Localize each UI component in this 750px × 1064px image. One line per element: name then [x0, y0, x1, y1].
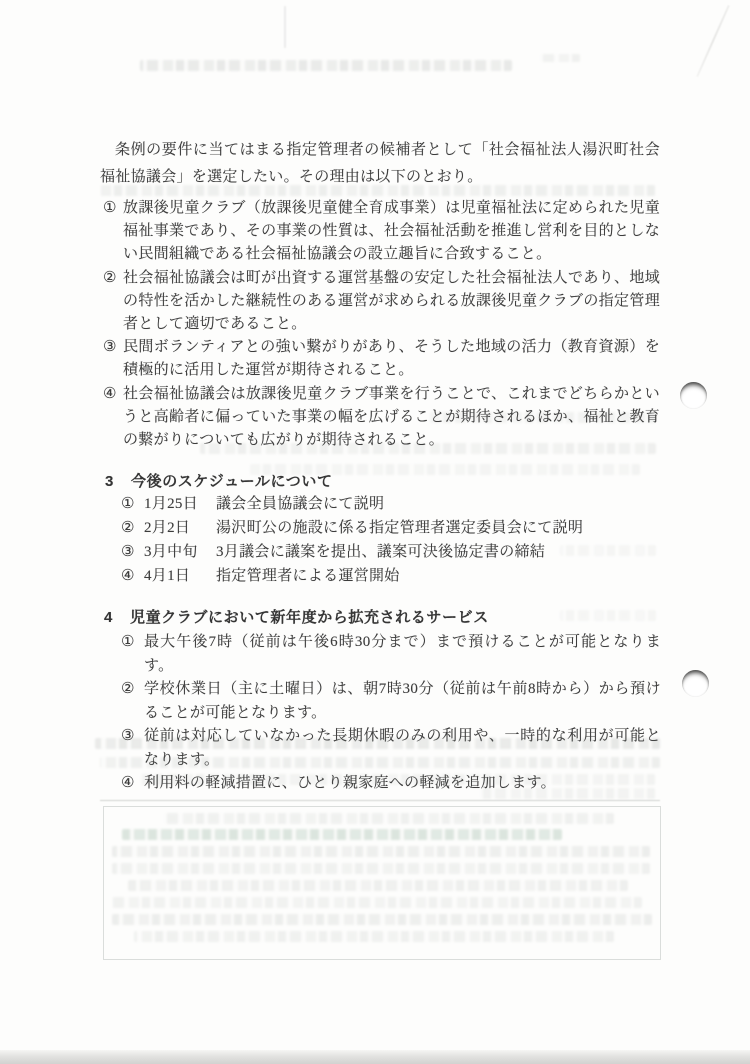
list-item: ③ 3月中旬 3月議会に議案を提出、議案可決後協定書の締結: [121, 540, 661, 564]
section-number: 3: [105, 473, 131, 490]
item-marker: ④: [121, 772, 135, 796]
section-heading-schedule: 3今後のスケジュールについて: [105, 470, 333, 491]
bleedthrough-line: [134, 931, 614, 942]
punch-hole: [680, 382, 707, 409]
schedule-date: 2月2日: [144, 516, 216, 540]
item-marker: ②: [121, 516, 144, 540]
item-text: 湯沢町公の施設に係る指定管理者選定委員会にて説明: [216, 516, 661, 540]
bleedthrough-line: [122, 829, 562, 840]
bleedthrough-line: [95, 738, 660, 749]
item-marker: ④: [103, 383, 117, 406]
list-item: ① 1月25日 議会全員協議会にて説明: [121, 492, 661, 516]
item-marker: ①: [121, 631, 135, 655]
list-item: ④ 4月1日 指定管理者による運営開始: [121, 564, 661, 588]
list-item: ② 社会福祉協議会は町が出資する運営基盤の安定した社会福祉法人であり、地域の特性…: [104, 267, 660, 337]
section-number: 4: [104, 609, 130, 626]
bleedthrough-rule: [100, 800, 660, 801]
list-item: ② 2月2日 湯沢町公の施設に係る指定管理者選定委員会にて説明: [121, 516, 661, 540]
item-marker: ③: [103, 336, 117, 359]
section-heading-services: 4児童クラブにおいて新年度から拡充されるサービス: [104, 606, 489, 627]
scan-edge-shadow: [0, 1050, 750, 1064]
item-text: 社会福祉協議会は町が出資する運営基盤の安定した社会福祉法人であり、地域の特性を活…: [123, 270, 660, 332]
reason-list: ① 放課後児童クラブ（放課後児童健全育成事業）は児童福祉法に定められた児童福祉事…: [104, 197, 660, 452]
schedule-date: 1月25日: [144, 492, 216, 516]
item-text: 指定管理者による運営開始: [216, 564, 661, 588]
bleedthrough-line: [112, 863, 650, 874]
list-item: ④ 社会福祉協議会は放課後児童クラブ事業を行うことで、これまでどちらかというと高…: [104, 383, 660, 453]
section-title: 今後のスケジュールについて: [131, 473, 333, 490]
item-marker: ④: [121, 564, 144, 588]
bleedthrough-line: [140, 774, 655, 785]
scan-crease: [696, 5, 730, 77]
bleedthrough-line: [100, 757, 660, 768]
bleedthrough-line: [112, 846, 650, 857]
item-text: 議会全員協議会にて説明: [216, 492, 661, 516]
item-marker: ①: [121, 492, 144, 516]
schedule-date: 3月中旬: [144, 540, 216, 564]
item-marker: ③: [121, 540, 144, 564]
punch-hole: [682, 670, 709, 697]
item-text: 放課後児童クラブ（放課後児童健全育成事業）は児童福祉法に定められた児童福祉事業で…: [123, 200, 660, 262]
item-marker: ②: [121, 678, 135, 702]
intro-paragraph: 条例の要件に当てはまる指定管理者の候補者として「社会福祉法人湯沢町社会福祉協議会…: [100, 137, 660, 191]
list-item: ② 学校休業日（主に土曜日）は、朝7時30分（従前は午前8時から）から預けること…: [121, 678, 661, 725]
bleedthrough-line: [112, 914, 652, 925]
bleedthrough-box: [103, 806, 661, 960]
item-text: 学校休業日（主に土曜日）は、朝7時30分（従前は午前8時から）から預けることが可…: [144, 681, 661, 721]
bleedthrough-line: [128, 880, 628, 891]
item-text: 最大午後7時（従前は午後6時30分まで）まで預けることが可能となります。: [144, 634, 661, 674]
bleedthrough-line: [164, 813, 614, 824]
item-marker: ①: [103, 197, 117, 220]
bleedthrough-line: [112, 897, 642, 908]
list-item: ① 放課後児童クラブ（放課後児童健全育成事業）は児童福祉法に定められた児童福祉事…: [104, 197, 660, 267]
service-list: ① 最大午後7時（従前は午後6時30分まで）まで預けることが可能となります。 ②…: [121, 631, 661, 796]
scanned-page: 条例の要件に当てはまる指定管理者の候補者として「社会福祉法人湯沢町社会福祉協議会…: [0, 0, 750, 1064]
item-text: 民間ボランティアとの強い繋がりがあり、そうした地域の活力（教育資源）を積極的に活…: [123, 339, 660, 378]
schedule-list: ① 1月25日 議会全員協議会にて説明 ② 2月2日 湯沢町公の施設に係る指定管…: [121, 492, 661, 588]
list-item: ③ 民間ボランティアとの強い繋がりがあり、そうした地域の活力（教育資源）を積極的…: [104, 336, 660, 382]
bleedthrough-line: [560, 610, 656, 621]
bleedthrough-line: [540, 54, 580, 62]
fold-mark: [284, 6, 286, 48]
schedule-date: 4月1日: [144, 564, 216, 588]
item-text: 3月議会に議案を提出、議案可決後協定書の締結: [216, 540, 661, 564]
item-text: 社会福祉協議会は放課後児童クラブ事業を行うことで、これまでどちらかというと高齢者…: [123, 386, 660, 448]
bleedthrough-line: [480, 788, 655, 799]
item-marker: ②: [103, 267, 117, 290]
bleedthrough-line: [140, 60, 512, 71]
section-title: 児童クラブにおいて新年度から拡充されるサービス: [130, 609, 489, 626]
list-item: ① 最大午後7時（従前は午後6時30分まで）まで預けることが可能となります。: [121, 631, 661, 678]
